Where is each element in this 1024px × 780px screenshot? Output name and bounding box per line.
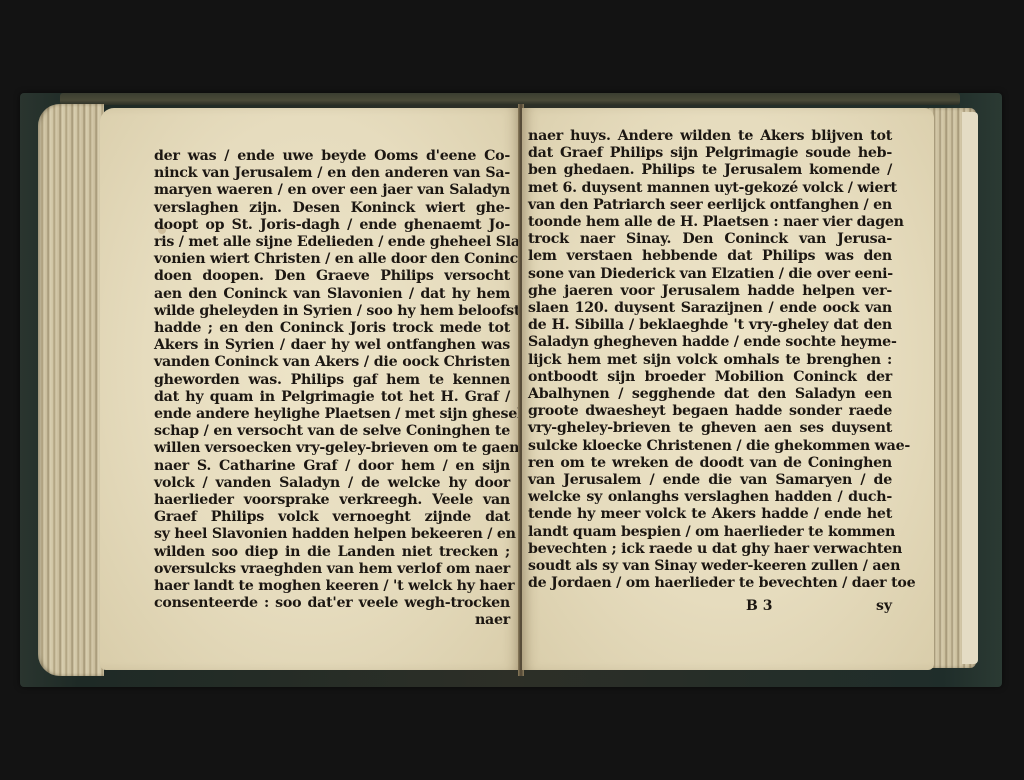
text-line: verslaghen zijn. Desen Koninck wiert ghe… xyxy=(154,200,510,217)
text-line: toonde hem alle de H. Plaetsen : naer vi… xyxy=(528,214,892,231)
text-line: dat Graef Philips sijn Pelgrimagie soude… xyxy=(528,145,892,162)
text-line: ninck van Jerusalem / en den anderen van… xyxy=(154,165,510,182)
text-line: ren om te wreken de doodt van de Coningh… xyxy=(528,455,892,472)
text-line: trock naer Sinay. Den Coninck van Jerusa… xyxy=(528,231,892,248)
text-line: groote dwaesheyt begaen hadde sonder rae… xyxy=(528,403,892,420)
text-line: sy heel Slavonien hadden helpen bekeeren… xyxy=(154,526,510,543)
text-line: naer S. Catharine Graf / door hem / en s… xyxy=(154,458,510,475)
text-line: met 6. duysent mannen uyt-gekozé volck /… xyxy=(528,180,892,197)
text-line: oversulcks vraeghden van hem verlof om n… xyxy=(154,561,510,578)
text-line: wilde gheleyden in Syrien / soo hy hem b… xyxy=(154,303,510,320)
text-line: bevechten ; ick raede u dat ghy haer ver… xyxy=(528,541,892,558)
text-line: lem verstaen hebbende dat Philips was de… xyxy=(528,248,892,265)
text-line: naer huys. Andere wilden te Akers blijve… xyxy=(528,128,892,145)
text-line: tende hy meer volck te Akers hadde / end… xyxy=(528,506,892,523)
text-line: sulcke kloecke Christenen / die ghekomme… xyxy=(528,438,892,455)
text-line: welcke sy onlanghs verslaghen hadden / d… xyxy=(528,489,892,506)
text-line: ende andere heylighe Plaetsen / met sijn… xyxy=(154,406,510,423)
text-line: slaen 120. duysent Sarazijnen / ende ooc… xyxy=(528,300,892,317)
text-line: vry-gheley-brieven te gheven aen ses duy… xyxy=(528,420,892,437)
text-line: landt quam bespien / om haerlieder te ko… xyxy=(528,524,892,541)
text-line: ris / met alle sijne Edelieden / ende gh… xyxy=(154,234,510,251)
text-line: dat hy quam in Pelgrimagie tot het H. Gr… xyxy=(154,389,510,406)
text-line: Saladyn ghegheven hadde / ende sochte he… xyxy=(528,334,892,351)
text-line: de H. Sibilla / beklaeghde 't vry-gheley… xyxy=(528,317,892,334)
text-line: maryen waeren / en over een jaer van Sal… xyxy=(154,182,510,199)
left-page: der was / ende uwe beyde Ooms d'eene Co-… xyxy=(100,108,520,670)
text-line: lijck hem met sijn volck omhals te breng… xyxy=(528,352,892,369)
text-line: Akers in Syrien / daer hy wel ontfanghen… xyxy=(154,337,510,354)
text-line: Abalhynen / segghende dat den Saladyn ee… xyxy=(528,386,892,403)
text-line: ghe jaeren voor Jerusalem hadde helpen v… xyxy=(528,283,892,300)
text-line: aen den Coninck van Slavonien / dat hy h… xyxy=(154,286,510,303)
text-line: willen versoecken vry-geley-brieven om t… xyxy=(154,440,510,457)
text-line: de Jordaen / om haerlieder te bevechten … xyxy=(528,575,892,592)
text-line: doopt op St. Joris-dagh / ende ghenaemt … xyxy=(154,217,510,234)
text-line: soudt als sy van Sinay weder-keeren zull… xyxy=(528,558,892,575)
text-line: doen doopen. Den Graeve Philips versocht xyxy=(154,268,510,285)
text-line: volck / vanden Saladyn / de welcke hy do… xyxy=(154,475,510,492)
book-photo-scene: der was / ende uwe beyde Ooms d'eene Co-… xyxy=(0,0,1024,780)
text-line: Graef Philips volck vernoeght zijnde dat xyxy=(154,509,510,526)
text-line: hadde ; en den Coninck Joris trock mede … xyxy=(154,320,510,337)
left-page-stack xyxy=(38,104,104,676)
catchword: naer xyxy=(154,612,510,629)
right-page-footer: B 3 sy xyxy=(528,598,892,616)
text-line: vanden Coninck van Akers / die oock Chri… xyxy=(154,354,510,371)
right-page-text: naer huys. Andere wilden te Akers blijve… xyxy=(528,128,892,592)
text-line: van Jerusalem / ende die van Samaryen / … xyxy=(528,472,892,489)
text-line: der was / ende uwe beyde Ooms d'eene Co- xyxy=(154,148,510,165)
left-page-text: der was / ende uwe beyde Ooms d'eene Co-… xyxy=(154,148,510,630)
signature-mark: B 3 xyxy=(746,598,772,614)
text-line: haer landt te moghen keeren / 't welck h… xyxy=(154,578,510,595)
right-page-edge xyxy=(962,112,978,664)
text-line: vonien wiert Christen / en alle door den… xyxy=(154,251,510,268)
right-page: naer huys. Andere wilden te Akers blijve… xyxy=(522,108,934,670)
text-line: wilden soo diep in die Landen niet treck… xyxy=(154,544,510,561)
text-line: haerlieder voorsprake verkreegh. Veele v… xyxy=(154,492,510,509)
text-line: ben ghedaen. Philips te Jerusalem komend… xyxy=(528,162,892,179)
text-line: schap / en versocht van de selve Coningh… xyxy=(154,423,510,440)
book-headband xyxy=(60,93,960,105)
catchword: sy xyxy=(876,598,892,614)
text-line: van den Patriarch seer eerlijck ontfangh… xyxy=(528,197,892,214)
text-line: gheworden was. Philips gaf hem te kennen xyxy=(154,372,510,389)
text-line: sone van Diederick van Elzatien / die ov… xyxy=(528,266,892,283)
text-line: consenteerde : soo dat'er veele wegh-tro… xyxy=(154,595,510,612)
text-line: ontboodt sijn broeder Mobilion Coninck d… xyxy=(528,369,892,386)
